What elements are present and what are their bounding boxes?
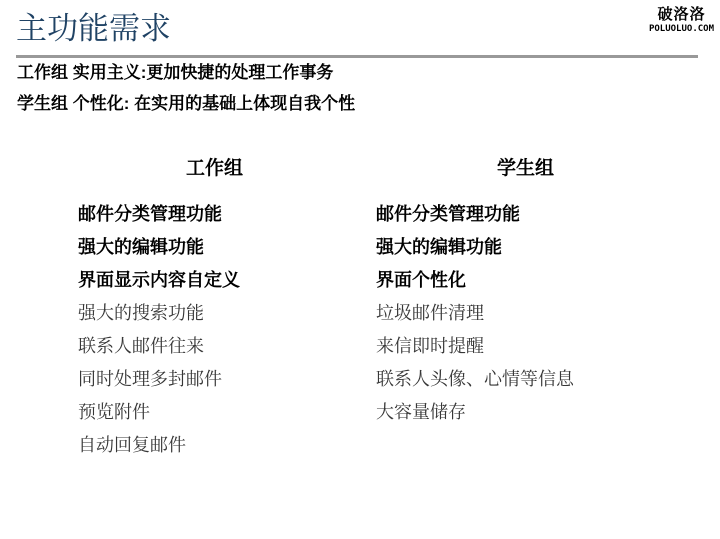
intro-line-studentgroup: 学生组 个性化: 在实用的基础上体现自我个性	[17, 93, 355, 115]
feature-item: 界面个性化	[376, 264, 574, 297]
feature-item: 同时处理多封邮件	[78, 363, 240, 396]
feature-item: 强大的编辑功能	[78, 231, 240, 264]
watermark-brand-text: 破洛洛	[649, 6, 714, 24]
feature-item: 联系人邮件往来	[78, 330, 240, 363]
feature-item: 强大的搜索功能	[78, 297, 240, 330]
column-header-workgroup: 工作组	[186, 153, 243, 180]
intro-line-workgroup: 工作组 实用主义:更加快捷的处理工作事务	[17, 62, 333, 84]
watermark-site-url: POLUOLUO.COM	[649, 24, 714, 35]
feature-item: 界面显示内容自定义	[78, 264, 240, 297]
title-divider	[16, 55, 698, 58]
feature-item: 邮件分类管理功能	[376, 198, 574, 231]
feature-item: 来信即时提醒	[376, 330, 574, 363]
feature-item: 预览附件	[78, 396, 240, 429]
feature-list-workgroup: 邮件分类管理功能 强大的编辑功能 界面显示内容自定义 强大的搜索功能 联系人邮件…	[78, 198, 240, 462]
feature-item: 邮件分类管理功能	[78, 198, 240, 231]
feature-list-studentgroup: 邮件分类管理功能 强大的编辑功能 界面个性化 垃圾邮件清理 来信即时提醒 联系人…	[376, 198, 574, 429]
slide-canvas: 破洛洛 POLUOLUO.COM 主功能需求 工作组 实用主义:更加快捷的处理工…	[0, 0, 720, 539]
feature-item: 垃圾邮件清理	[376, 297, 574, 330]
feature-item: 强大的编辑功能	[376, 231, 574, 264]
watermark: 破洛洛 POLUOLUO.COM	[649, 6, 714, 35]
feature-item: 联系人头像、心情等信息	[376, 363, 574, 396]
column-header-studentgroup: 学生组	[497, 153, 554, 180]
feature-item: 自动回复邮件	[78, 429, 240, 462]
slide-title: 主功能需求	[16, 8, 171, 50]
feature-item: 大容量储存	[376, 396, 574, 429]
